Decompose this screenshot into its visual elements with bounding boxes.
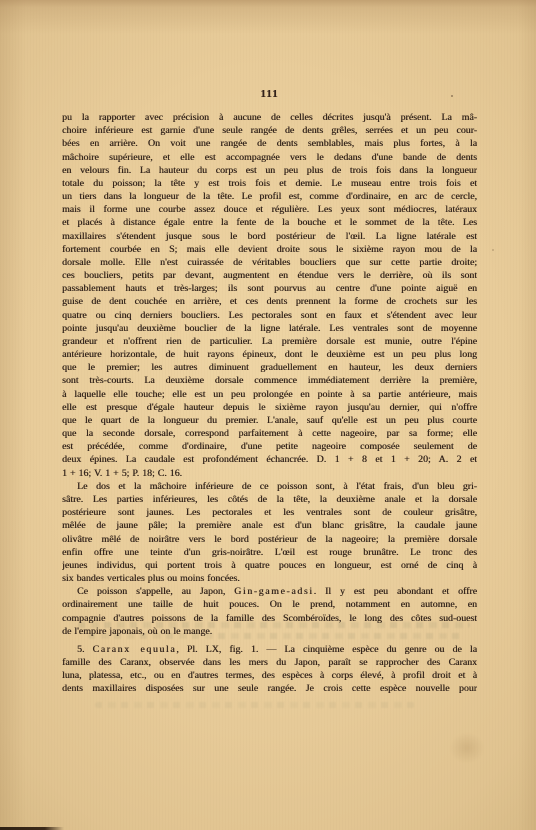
ink-speck xyxy=(451,95,453,97)
text-line: sâtre. Les parties inférieures, les côté… xyxy=(62,493,477,506)
text-line: 1 + 16; V. 1 + 5; P. 18; C. 16. xyxy=(62,467,477,480)
text-line: que la seconde dorsale, correspond parfa… xyxy=(62,427,477,440)
bleed-through-smudge xyxy=(95,702,415,708)
text-line: dents maxillaires disposées sur une seul… xyxy=(62,682,477,695)
text-line: bées en arrière. On voit une rangée de d… xyxy=(62,137,477,150)
text-run: Ce poisson s'appelle, au Japon, xyxy=(77,586,234,597)
text-line: pointe jusqu'au deuxième bouclier de la … xyxy=(62,322,477,335)
text-line: olivâtre mêlé de noirâtre vers le bord p… xyxy=(62,533,477,546)
text-line: postérieure sont jaunes. Les pectorales … xyxy=(62,506,477,519)
text-line: guise de dent couchée en arrière, et ces… xyxy=(62,295,477,308)
scan-edge-shadow-right xyxy=(518,0,536,830)
text-line: luna, platessa, etc., ou en d'autres ter… xyxy=(62,669,477,682)
paragraph: Ce poisson s'appelle, au Japon, Gin-game… xyxy=(62,585,477,638)
scan-edge-shadow-top xyxy=(0,0,536,34)
scanned-book-page: 111 pu la rapporter avec précision à auc… xyxy=(0,0,536,830)
text-run: , Pl. LX, fig. 1. — La cinquième espèce … xyxy=(176,644,477,655)
text-line: six bandes verticales plus ou moins fonc… xyxy=(62,572,477,585)
text-line: passablement hauts et très-larges; ils s… xyxy=(62,282,477,295)
text-line: choire inférieure est garnie d'une seule… xyxy=(62,124,477,137)
text-line: Ce poisson s'appelle, au Japon, Gin-game… xyxy=(62,585,477,598)
text-line: un tiers dans la longueur de la tête. Le… xyxy=(62,190,477,203)
paragraph: 5. Caranx equula, Pl. LX, fig. 1. — La c… xyxy=(62,643,477,696)
text-line: quatre ou cinq derniers boucliers. Les p… xyxy=(62,309,477,322)
page-number: 111 xyxy=(62,88,477,100)
text-line: famille des Caranx, observée dans les me… xyxy=(62,656,477,669)
text-line: pu la rapporter avec précision à aucune … xyxy=(62,111,477,124)
text-line: ordinairement une taille de huit pouces.… xyxy=(62,598,477,611)
text-run: . Il y est peu abondant et offre xyxy=(314,586,477,597)
text-line: antérieure horizontale, de huit rayons é… xyxy=(62,348,477,361)
text-line: que le premier; les autres diminuent gra… xyxy=(62,361,477,374)
text-line: à laquelle elle touche; elle est un peu … xyxy=(62,388,477,401)
text-line: que le quart de la longueur du premier. … xyxy=(62,414,477,427)
paper-stain xyxy=(450,733,484,763)
scan-edge-shadow-left xyxy=(0,0,26,830)
text-line: grandeur et n'offrent rien de particulie… xyxy=(62,335,477,348)
text-line: totale du poisson; la tête y est trois f… xyxy=(62,177,477,190)
text-line: elle est presque d'égale hauteur depuis … xyxy=(62,401,477,414)
text-line: dorsale molle. Elle n'est cuirassée de v… xyxy=(62,256,477,269)
text-line: jeunes individus, qui portent trois à qu… xyxy=(62,559,477,572)
text-line: et placés à distance égale entre la fent… xyxy=(62,216,477,229)
text-line: Le dos et la mâchoire inférieure de ce p… xyxy=(62,480,477,493)
text-run: 5. xyxy=(77,644,93,655)
text-line: maxillaires s'étendent jusque sous le bo… xyxy=(62,230,477,243)
species-name: Gin-game-adsi xyxy=(234,586,313,597)
text-line: fortement courbée en S; mais elle devien… xyxy=(62,243,477,256)
text-line: 5. Caranx equula, Pl. LX, fig. 1. — La c… xyxy=(62,643,477,656)
ink-speck xyxy=(492,249,494,251)
text-line: mais il forme une courbe assez douce et … xyxy=(62,203,477,216)
text-line: mêlée de jaune pâle; la première anale e… xyxy=(62,519,477,532)
text-line: est précédée, comme d'ordinaire, d'une p… xyxy=(62,440,477,453)
paragraph: pu la rapporter avec précision à aucune … xyxy=(62,111,477,480)
text-line: en velours fin. La hauteur du corps est … xyxy=(62,164,477,177)
text-line: deux épines. La caudale est profondément… xyxy=(62,453,477,466)
text-line: de l'empire japonais, où on le mange. xyxy=(62,625,477,638)
text-block: pu la rapporter avec précision à aucune … xyxy=(62,111,477,696)
text-line: sont très-courts. La deuxième dorsale co… xyxy=(62,374,477,387)
text-line: enfin offre une teinte d'un gris-noirâtr… xyxy=(62,546,477,559)
paragraph: Le dos et la mâchoire inférieure de ce p… xyxy=(62,480,477,585)
species-name: Caranx equula xyxy=(93,644,177,655)
text-line: compagnie d'autres poissons de la famill… xyxy=(62,612,477,625)
text-line: ces boucliers, petits par devant, augmen… xyxy=(62,269,477,282)
text-line: mâchoire supérieure, et elle est accompa… xyxy=(62,151,477,164)
